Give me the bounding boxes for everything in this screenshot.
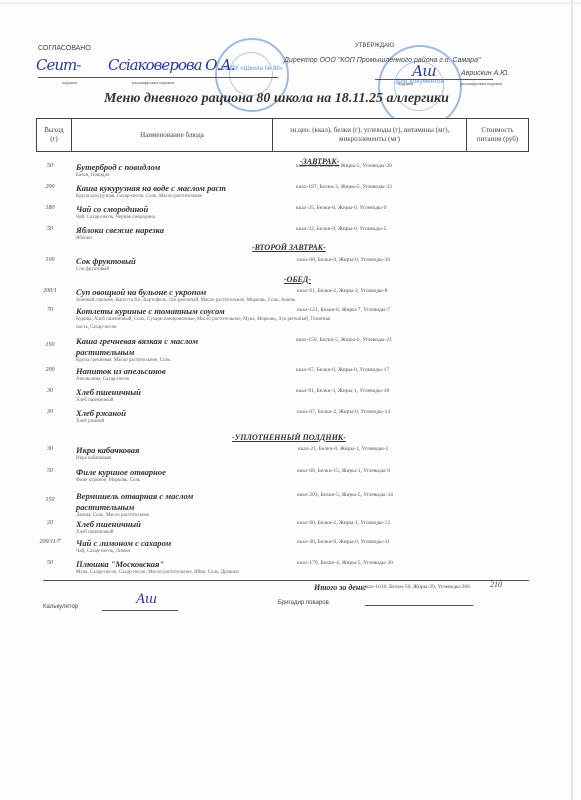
section-title: -ОБЕД- (284, 275, 311, 284)
dish-name: Чай с лимоном с сахаром (76, 538, 171, 548)
total-divider (43, 580, 529, 581)
dish-nutrition: ккал-150, Белки-5, Жиры-6, Углеводы-21 (296, 337, 392, 343)
dish-ingredients: Мука, Сахар-песок, Сахар-песок, Масло ра… (76, 570, 239, 575)
signature-line-left (38, 77, 278, 78)
approval-label: СОГЛАСОВАНО (38, 45, 91, 52)
dish-name: Напиток из апельсинов (76, 366, 166, 376)
dish-ingredients: Икра кабачковая (76, 456, 111, 461)
section-title: -ВТОРОЙ ЗАВТРАК- (252, 243, 326, 252)
dish-name: Чай со смородиной (76, 204, 148, 214)
dish-name: Хлеб ржаной (76, 408, 126, 418)
dish-ingredients: Филе куриное, Морковь, Соль (76, 478, 140, 483)
dish-output: 20 (36, 520, 64, 526)
scan-edge (0, 2, 581, 6)
dish-ingredients: Крупа гречневая, Масло растительное, Сол… (76, 358, 170, 363)
dish-nutrition: ккал-60, Белки-2, Жиры-1, Углеводы-12 (297, 520, 390, 526)
signature-left-2: Ссіаковерова О.А. (108, 56, 234, 74)
caption-decoding-right: расшифровка подписи (460, 81, 502, 86)
header-dish-name: Наименование блюда (71, 118, 273, 152)
dish-ingredients: Хлеб ржаной (76, 419, 104, 424)
dish-output: 30 (36, 409, 64, 415)
dish-ingredients: Батон, Повидло (76, 173, 109, 178)
section-title: -УПЛОТНЕННЫЙ ПОЛДНИК- (232, 433, 346, 442)
dish-nutrition: ккал-187, Белки-3, Жиры-5, Углеводы-33 (296, 184, 392, 190)
total-nutrition: ккал-1610, Белки-50, Жиры-39, Углеводы-2… (363, 584, 470, 590)
dish-output: 200/1 (36, 288, 64, 294)
total-cost: 210 (490, 580, 502, 589)
dish-name: Филе куриное отварное (76, 467, 166, 477)
dish-output: 50 (36, 226, 64, 232)
dish-nutrition: ккал-21, Белки-0, Жиры-1, Углеводы-2 (298, 446, 388, 452)
signature-right: Аш (412, 62, 436, 80)
dish-ingredients: Сок фруктовый (76, 267, 109, 272)
dish-ingredients: Чай, Сахар-песок, Черная смородина (76, 215, 155, 220)
dish-name: Хлеб пшеничный (76, 519, 141, 529)
dish-nutrition: ккал-67, Белки-2, Жиры-0, Углеводы-14 (297, 409, 390, 415)
dish-name: Котлеты куриные с томатным соусом (76, 306, 225, 316)
dish-output: 30 (36, 388, 64, 394)
dish-output: 50 (36, 163, 64, 169)
dish-output: 200 (36, 184, 64, 190)
dish-name: Вермишель отварная с маслом (76, 491, 193, 501)
signature-line-right (375, 79, 493, 80)
dish-output: 100 (36, 257, 64, 263)
dish-output: 200 (36, 367, 64, 373)
dish-nutrition: ккал-203, Белки-5, Жиры-5, Углеводы-34 (297, 492, 393, 498)
director-name: Аврискин А.Ю. (461, 70, 509, 77)
calculator-label: Калькулятор (43, 604, 78, 610)
dish-nutrition: ккал-164, Белки-2, Жиры-5, Углеводы-28 (296, 163, 392, 169)
dish-ingredients: Зеленый горошек, Капуста б/к, Картофель,… (76, 298, 295, 303)
header-output: Выход (г) (36, 118, 72, 152)
total-label: Итого за день: (314, 583, 367, 592)
dish-output: 50 (36, 560, 64, 566)
dish-ingredients: Курица, Хлеб пшеничный, Соль, Сухари пан… (76, 317, 330, 322)
dish-nutrition: ккал-68, Белки-0, Жиры-0, Углеводы-16 (297, 257, 390, 263)
dish-ingredients: Хлеб пшеничный (76, 530, 113, 535)
director-title: Директор ООО "КОП Промышленного района г… (284, 57, 480, 64)
dish-ingredients: Апельсины, Сахар-песок (76, 377, 129, 382)
menu-document: МБОУ «Школа № 80» Для документов СОГЛАСО… (0, 0, 581, 800)
header-cost: Стоимость питания (руб) (466, 118, 529, 152)
dish-name: Каша гречневая вязкая с маслом (76, 336, 198, 346)
dish-ingredients-cont: паста, Сахар-песок (76, 325, 117, 330)
dish-name: Яблоки свежие нарезка (76, 225, 164, 235)
dish-output: 150 (36, 497, 64, 503)
dish-name: Плюшка "Московская" (76, 559, 164, 569)
chef-signature-line (365, 605, 473, 606)
dish-output: 50 (36, 468, 64, 474)
dish-nutrition: ккал-68, Белки-15, Жиры-1, Углеводы-0 (297, 468, 390, 474)
dish-output: 70 (36, 307, 64, 313)
dish-ingredients: Лапша, Соль, Масло растительное (76, 513, 149, 518)
dish-name-cont: растительным (76, 347, 134, 357)
dish-output: 180 (36, 205, 64, 211)
dish-name: Икра кабачковая (76, 445, 139, 455)
dish-nutrition: ккал-61, Белки-2, Жиры-2, Углеводы-8 (297, 288, 387, 294)
chef-label: Бригадир поваров (278, 600, 329, 606)
dish-name: Хлеб пшеничный (76, 387, 141, 397)
dish-nutrition: ккал-46, Белки-0, Жиры-0, Углеводы-11 (297, 539, 390, 545)
dish-output: 30 (36, 446, 64, 452)
dish-name: Суп овощной на бульоне с укропом (76, 287, 206, 297)
caption-signature-left: подпись (62, 80, 77, 85)
calculator-signature: Аш (136, 592, 156, 607)
dish-nutrition: ккал-179, Белки-4, Жиры-5, Углеводы-30 (297, 560, 393, 566)
dish-name: Сок фруктовый (76, 256, 136, 266)
dish-nutrition: ккал-91, Белки-3, Жиры-1, Углеводы-18 (296, 388, 389, 394)
dish-name: Каша кукурузная на воде с маслом раст (76, 183, 226, 193)
dish-nutrition: ккал-67, Белки-0, Жиры-0, Углеводы-17 (296, 367, 389, 373)
dish-output: 150 (36, 342, 64, 348)
dish-ingredients: Хлеб пшеничный (76, 398, 113, 403)
caption-decoding-left: расшифровка подписи (132, 80, 174, 85)
approved-label: УТВЕРЖДАЮ (355, 43, 394, 49)
caption-signature-right: подпись (398, 81, 413, 86)
signature-left-1: Сеит- (36, 56, 80, 74)
dish-ingredients: Крупа кукурузная, Сахар-песок, Соль, Мас… (76, 194, 202, 199)
dish-name: Бутерброд с повидлом (76, 162, 160, 172)
calculator-signature-line (102, 610, 178, 611)
dish-ingredients: Чай, Сахар-песок, Лимон (76, 549, 130, 554)
header-nutrition: эн.цен. (ккал), белки (г), углеводы (г),… (272, 118, 467, 152)
dish-nutrition: ккал-35, Белки-0, Жиры-0, Углеводы-9 (296, 205, 386, 211)
dish-output: 200/11/7 (30, 539, 70, 545)
dish-ingredients: Яблоки (76, 236, 92, 241)
dish-nutrition: ккал-121, Белки-6, Жиры-7, Углеводы-7 (297, 307, 390, 313)
page-title: Меню дневного рациона 80 школа на 18.11.… (104, 91, 449, 107)
scan-edge-right (571, 0, 573, 800)
dish-nutrition: ккал-22, Белки-0, Жиры-0, Углеводы-5 (296, 226, 386, 232)
dish-name-cont: растительным (76, 502, 134, 512)
